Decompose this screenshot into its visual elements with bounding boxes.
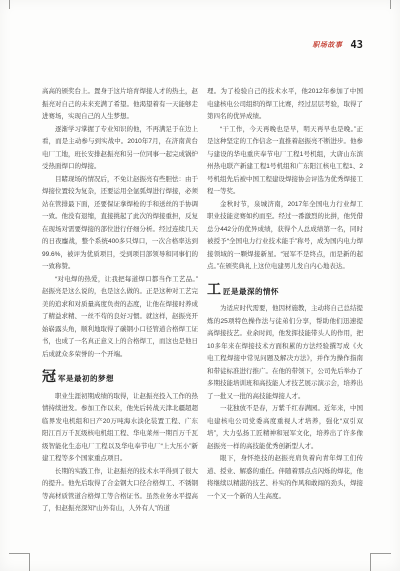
heading-text: 军是最初的梦想 (58, 373, 114, 386)
section-heading-champion-dream: 冠 军是最初的梦想 (42, 370, 198, 386)
crop-mark-bottom-right (370, 553, 391, 571)
paragraph: 理。为了检验自己的技术水平，他2012年参加了中国电建核电公司组织的焊工比赛，经… (207, 86, 363, 124)
heading-dropcap: 工 (207, 283, 221, 296)
crop-mark-top-right (390, 0, 391, 9)
paragraph: “干工作，今天再晚也是早，明天再早也是晚。”正是这种坚定的工作信念一直推着赵振亮… (207, 124, 363, 199)
page-header: 职场故事 43 (312, 39, 363, 51)
left-column: 高高的颁奖台上。置身于这片培育焊接人才的热土，赵振亮对自己的未来充满了希望。他渴… (42, 86, 198, 516)
paragraph: “对电焊的热爱，让我把每道焊口都当作工艺品。”赵振亮是这么说的，也是这么做的。正… (42, 274, 198, 362)
magazine-page: 职场故事 43 高高的颁奖台上。置身于这片培育焊接人才的热土，赵振亮对自己的未来… (0, 0, 400, 571)
right-column: 理。为了检验自己的技术水平，他2012年参加了中国电建核电公司组织的焊工比赛，经… (207, 86, 363, 516)
paragraph: 金秋时节，泉城济南，2017年全国电力行业焊工职业技能竞赛如约而至。经过一番激烈… (207, 199, 363, 274)
page-number: 43 (350, 39, 363, 51)
paragraph: 逐渐学习掌握了专业知识的他，不再满足于在边上看，而是主动参与到实战中。2010年… (42, 124, 198, 174)
heading-dropcap: 冠 (42, 370, 56, 383)
crop-mark-top-left (9, 0, 10, 9)
article-body: 高高的颁奖台上。置身于这片培育焊接人才的热土，赵振亮对自己的未来充满了希望。他渴… (42, 86, 363, 516)
section-label: 职场故事 (312, 40, 342, 50)
heading-text: 匠是最深的情怀 (223, 286, 279, 299)
paragraph: 目睹现场的情况后，不免让赵振亮有些胆怯：由于焊接位置较为复杂，还要运用全氩弧焊进… (42, 174, 198, 274)
paragraph: 眼下，身怀绝技的赵振亮肩负着向青年焊工们传道、授业、解惑的重任。伴随着那点点闪烁… (207, 453, 363, 503)
paragraph: 职业生涯初期成绩的取得，让赵振亮投入工作的热情持续迸发。参加工作以来，他先后转战… (42, 391, 198, 466)
paragraph: 一花独放不是春，万紫千红春满园。近年来，中国电建核电公司党委高度重视人才培养，强… (207, 403, 363, 453)
crop-mark-bottom-left (9, 553, 30, 571)
paragraph: 为适应时代需要，他因材施教，主动将自己总结提炼的25项特色操作法与徒弟们分享，帮… (207, 303, 363, 403)
paragraph: 长期的实践工作，让赵振亮的技术水平得到了很大的提升。他先后取得了合金钢大口径合格… (42, 466, 198, 516)
paragraph: 高高的颁奖台上。置身于这片培育焊接人才的热土，赵振亮对自己的未来充满了希望。他渴… (42, 86, 198, 124)
section-heading-craftsman-spirit: 工 匠是最深的情怀 (207, 283, 363, 299)
